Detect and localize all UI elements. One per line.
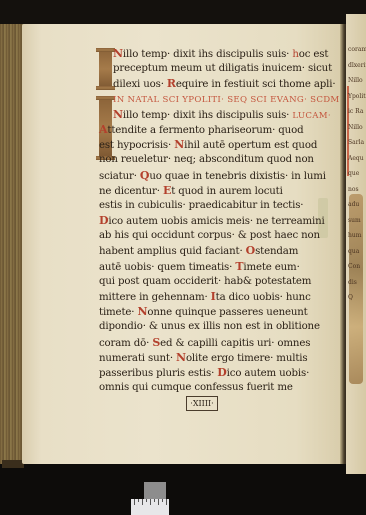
text-segment: mittere in gehennam· [99,292,211,303]
facing-text-fragment: Aequ [348,155,364,162]
text-line: est hypocrisis· Nihil autē opertum est q… [99,137,349,152]
text-segment: onne quinque passeres ueneunt [147,307,307,318]
text-line: dipondio· & unus ex illis non est in obl… [99,319,349,334]
rubricated-capital: Q [140,169,149,182]
text-line: dilexi uos· Require in festiuit sci thom… [99,76,349,91]
text-segment: ne dicentur· [99,186,163,197]
text-segment: timete· [99,307,137,318]
facing-text-fragment: dīxerit [348,62,366,69]
facing-text-fragment: Ypolit [348,93,366,100]
ruler-tick [146,499,147,502]
rubricated-capital: E [163,184,171,197]
text-segment: estis in cubiculis· praedicabitur in tec… [99,200,303,211]
text-segment: ico autem uobis· [227,368,310,379]
text-line: sciatur· Quo quae in tenebris dixistis· … [99,168,349,183]
facing-text-fragment: nos [348,186,359,193]
facing-text-fragment: Con [348,263,360,270]
facing-text-fragment: que [348,170,359,177]
text-segment: olite ergo timere· multis [186,353,308,364]
facing-text-fragment: hum [348,232,361,239]
text-segment: uo quae in tenebris dixistis· in lumi [149,171,326,182]
ruler-tick [154,499,155,502]
text-segment: habent amplius quid faciant· [99,246,246,257]
folio-number: ·XIIII· [186,396,218,411]
text-line: IN NATAL SCI YPOLITI· SEQ SCI EVANG· SCD… [99,92,349,107]
grey-scale-card [144,482,166,500]
text-line: ne dicentur· Et quod in aurem locuti [99,183,349,198]
text-line: preceptum meum ut diligatis inuicem· sic… [99,61,349,76]
text-segment: dilexi uos· [113,79,167,90]
ruler-tick [134,499,135,505]
text-segment: est hypocrisis· [99,140,174,151]
rubricated-capital: D [99,214,108,227]
facing-text-fragment: coram [348,46,366,53]
text-line: Attendite a fermento phariseorum· quod [99,122,349,137]
text-line: non reueletur· neq; absconditum quod non [99,152,349,167]
book-fore-edge [0,24,24,464]
facing-text-fragment: Sarla [348,139,364,146]
text-segment: ico autem uobis amicis meis· ne terreami… [108,216,324,227]
text-segment: non reueletur· neq; absconditum quod non [99,154,314,165]
rubricated-capital: N [113,47,123,60]
ruler-tick [166,499,167,505]
text-segment: ttendite a fermento phariseorum· quod [107,125,303,136]
rubricated-capital: R [167,77,176,90]
facing-text-fragment: adu [348,201,359,208]
text-line: autē uobis· quem timeatis· Timete eum· [99,259,349,274]
text-line: Dico autem uobis amicis meis· ne terream… [99,213,349,228]
text-segment: omnis qui cumque confessus fuerit me [99,382,293,393]
text-segment: preceptum meum ut diligatis inuicem· sic… [113,63,332,74]
rubricated-capital: N [113,108,123,121]
rubricated-capital: N [176,351,186,364]
text-line: Nillo temp· dixit ihs discipulis suis· L… [99,107,349,122]
facing-text-fragment: qua [348,248,359,255]
facing-text-fragment: dis [348,279,357,286]
rubric-text: IN NATAL SCI YPOLITI· SEQ SCI EVANG· SCD… [113,95,340,105]
text-segment: ta dico uobis· hunc [216,292,311,303]
text-segment: equire in festiuit sci thome apli· [176,79,336,90]
text-line: coram dō· Sed & capilli capitis uri· omn… [99,335,349,350]
rubricated-capital: N [137,305,147,318]
text-line: numerati sunt· Nolite ergo timere· multi… [99,350,349,365]
text-line: ab his qui occidunt corpus· & post haec … [99,228,349,243]
text-segment: t quod in aurem locuti [171,186,283,197]
rubricated-capital: S [152,336,160,349]
ruler-tick [150,499,151,505]
text-line: omnis qui cumque confessus fuerit me [99,380,349,395]
measurement-ruler [131,499,169,515]
text-segment: oc est [299,49,329,60]
facing-text-fragment: Nillo [348,124,363,131]
text-line: passeribus pluris estis· Dico autem uobi… [99,365,349,380]
facing-text-fragment: Nillo [348,77,363,84]
text-segment: passeribus pluris estis· [99,368,217,379]
text-segment: coram dō· [99,338,152,349]
text-segment: ab his qui occidunt corpus· & post haec … [99,230,320,241]
facing-page: coramdīxeritNilloYpolitic RaNilloSarlaAe… [346,14,366,474]
text-segment: illo temp· dixit ihs discipulis suis· [123,110,292,121]
text-line: Nillo temp· dixit ihs discipulis suis· h… [99,46,349,61]
text-segment: imete eum· [243,262,299,273]
text-segment: dipondio· & unus ex illis non est in obl… [99,321,320,332]
rubric-text: LUCAM· [292,111,331,121]
facing-text-fragment: ic Ra [348,108,363,115]
text-line: timete· Nonne quinque passeres ueneunt [99,304,349,319]
facing-text-fragment: sum [348,217,361,224]
ruler-tick [162,499,163,502]
book-edge-shadow [2,460,24,468]
text-line: qui post quam occiderit· hab& potestatem [99,274,349,289]
ruler-tick [142,499,143,505]
text-segment: sciatur· [99,171,140,182]
rubricated-capital: D [217,366,226,379]
text-segment: autē uobis· quem timeatis· [99,262,235,273]
text-line: estis in cubiculis· praedicabitur in tec… [99,198,349,213]
text-line: mittere in gehennam· Ita dico uobis· hun… [99,289,349,304]
rubricated-capital: N [174,138,184,151]
text-segment: ed & capilli capitis uri· omnes [160,338,310,349]
text-line: habent amplius quid faciant· Ostendam [99,243,349,258]
text-segment: numerati sunt· [99,353,176,364]
text-segment: qui post quam occiderit· hab& potestatem [99,276,311,287]
text-segment: illo temp· dixit ihs discipulis suis· [123,49,292,60]
photo-background-top [0,0,366,26]
text-segment: ihil autē opertum est quod [184,140,317,151]
ruler-tick [158,499,159,505]
rubricated-capital: O [246,244,255,257]
manuscript-text: Nillo temp· dixit ihs discipulis suis· h… [99,46,349,395]
ruler-tick [138,499,139,502]
text-segment: stendam [255,246,298,257]
